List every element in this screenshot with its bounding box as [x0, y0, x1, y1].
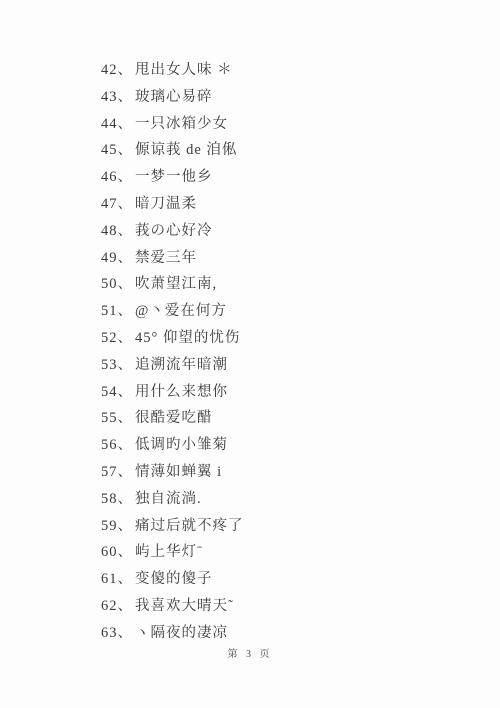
list-item: 60、屿上华灯ˉ [101, 539, 244, 566]
item-number: 61、 [101, 566, 133, 593]
item-text: 变傻的傻子 [135, 566, 213, 593]
item-number: 46、 [101, 164, 133, 191]
list-item: 55、很酷爱吃醋 [101, 405, 244, 432]
nickname-list: 42、甩出女人味 ＊ 43、玻璃心易碎 44、一只冰箱少女 45、傆谅莪 de … [101, 57, 244, 647]
document-page: 42、甩出女人味 ＊ 43、玻璃心易碎 44、一只冰箱少女 45、傆谅莪 de … [0, 0, 500, 708]
item-text: 独自流淌. [135, 486, 202, 513]
item-number: 50、 [101, 271, 133, 298]
item-number: 45、 [101, 137, 133, 164]
list-item: 48、莪の心好冷 [101, 218, 244, 245]
item-text: 暗刀温柔 [135, 191, 197, 218]
item-number: 56、 [101, 432, 133, 459]
item-number: 57、 [101, 459, 133, 486]
list-item: 47、暗刀温柔 [101, 191, 244, 218]
item-number: 49、 [101, 245, 133, 272]
list-item: 50、吹萧望江南, [101, 271, 244, 298]
list-item: 56、低调旳小雏菊 [101, 432, 244, 459]
item-text: 低调旳小雏菊 [135, 432, 228, 459]
item-text: 一梦一他乡 [135, 164, 213, 191]
list-item: 59、痛过后就不疼了 [101, 513, 244, 540]
item-number: 58、 [101, 486, 133, 513]
item-number: 53、 [101, 352, 133, 379]
item-text: 我喜欢大晴天˜ [135, 593, 234, 620]
item-text: 禁爱三年 [135, 245, 197, 272]
item-text: 吹萧望江南, [135, 271, 217, 298]
list-item: 57、情薄如蝉翼 i [101, 459, 244, 486]
item-text: ヽ隔夜的凄凉 [135, 620, 228, 647]
item-text: 用什么来想你 [135, 379, 228, 406]
item-text: 很酷爱吃醋 [135, 405, 213, 432]
list-item: 63、ヽ隔夜的凄凉 [101, 620, 244, 647]
item-number: 43、 [101, 84, 133, 111]
item-text: 一只冰箱少女 [135, 111, 228, 138]
item-number: 44、 [101, 111, 133, 138]
item-text: 屿上华灯ˉ [135, 539, 203, 566]
item-number: 42、 [101, 57, 133, 84]
list-item: 49、禁爱三年 [101, 245, 244, 272]
item-number: 48、 [101, 218, 133, 245]
item-number: 60、 [101, 539, 133, 566]
item-text: 情薄如蝉翼 i [135, 459, 222, 486]
list-item: 45、傆谅莪 de 洎俬 [101, 137, 244, 164]
list-item: 46、一梦一他乡 [101, 164, 244, 191]
item-text: 玻璃心易碎 [135, 84, 213, 111]
item-number: 59、 [101, 513, 133, 540]
item-text: 甩出女人味 ＊ [135, 57, 233, 84]
item-number: 52、 [101, 325, 133, 352]
list-item: 52、45° 仰望的忧伤 [101, 325, 244, 352]
item-text: 45° 仰望的忧伤 [135, 325, 240, 352]
item-text: 莪の心好冷 [135, 218, 213, 245]
list-item: 54、用什么来想你 [101, 379, 244, 406]
list-item: 61、变傻的傻子 [101, 566, 244, 593]
list-item: 43、玻璃心易碎 [101, 84, 244, 111]
item-text: 痛过后就不疼了 [135, 513, 244, 540]
list-item: 53、追溯流年暗潮 [101, 352, 244, 379]
list-item: 62、我喜欢大晴天˜ [101, 593, 244, 620]
item-number: 51、 [101, 298, 133, 325]
list-item: 51、@丶爱在何方 [101, 298, 244, 325]
item-number: 62、 [101, 593, 133, 620]
item-number: 54、 [101, 379, 133, 406]
item-number: 47、 [101, 191, 133, 218]
item-number: 63、 [101, 620, 133, 647]
item-number: 55、 [101, 405, 133, 432]
page-number-footer: 第 3 页 [0, 645, 500, 660]
list-item: 44、一只冰箱少女 [101, 111, 244, 138]
list-item: 58、独自流淌. [101, 486, 244, 513]
list-item: 42、甩出女人味 ＊ [101, 57, 244, 84]
item-text: @丶爱在何方 [135, 298, 227, 325]
item-text: 追溯流年暗潮 [135, 352, 228, 379]
item-text: 傆谅莪 de 洎俬 [135, 137, 237, 164]
